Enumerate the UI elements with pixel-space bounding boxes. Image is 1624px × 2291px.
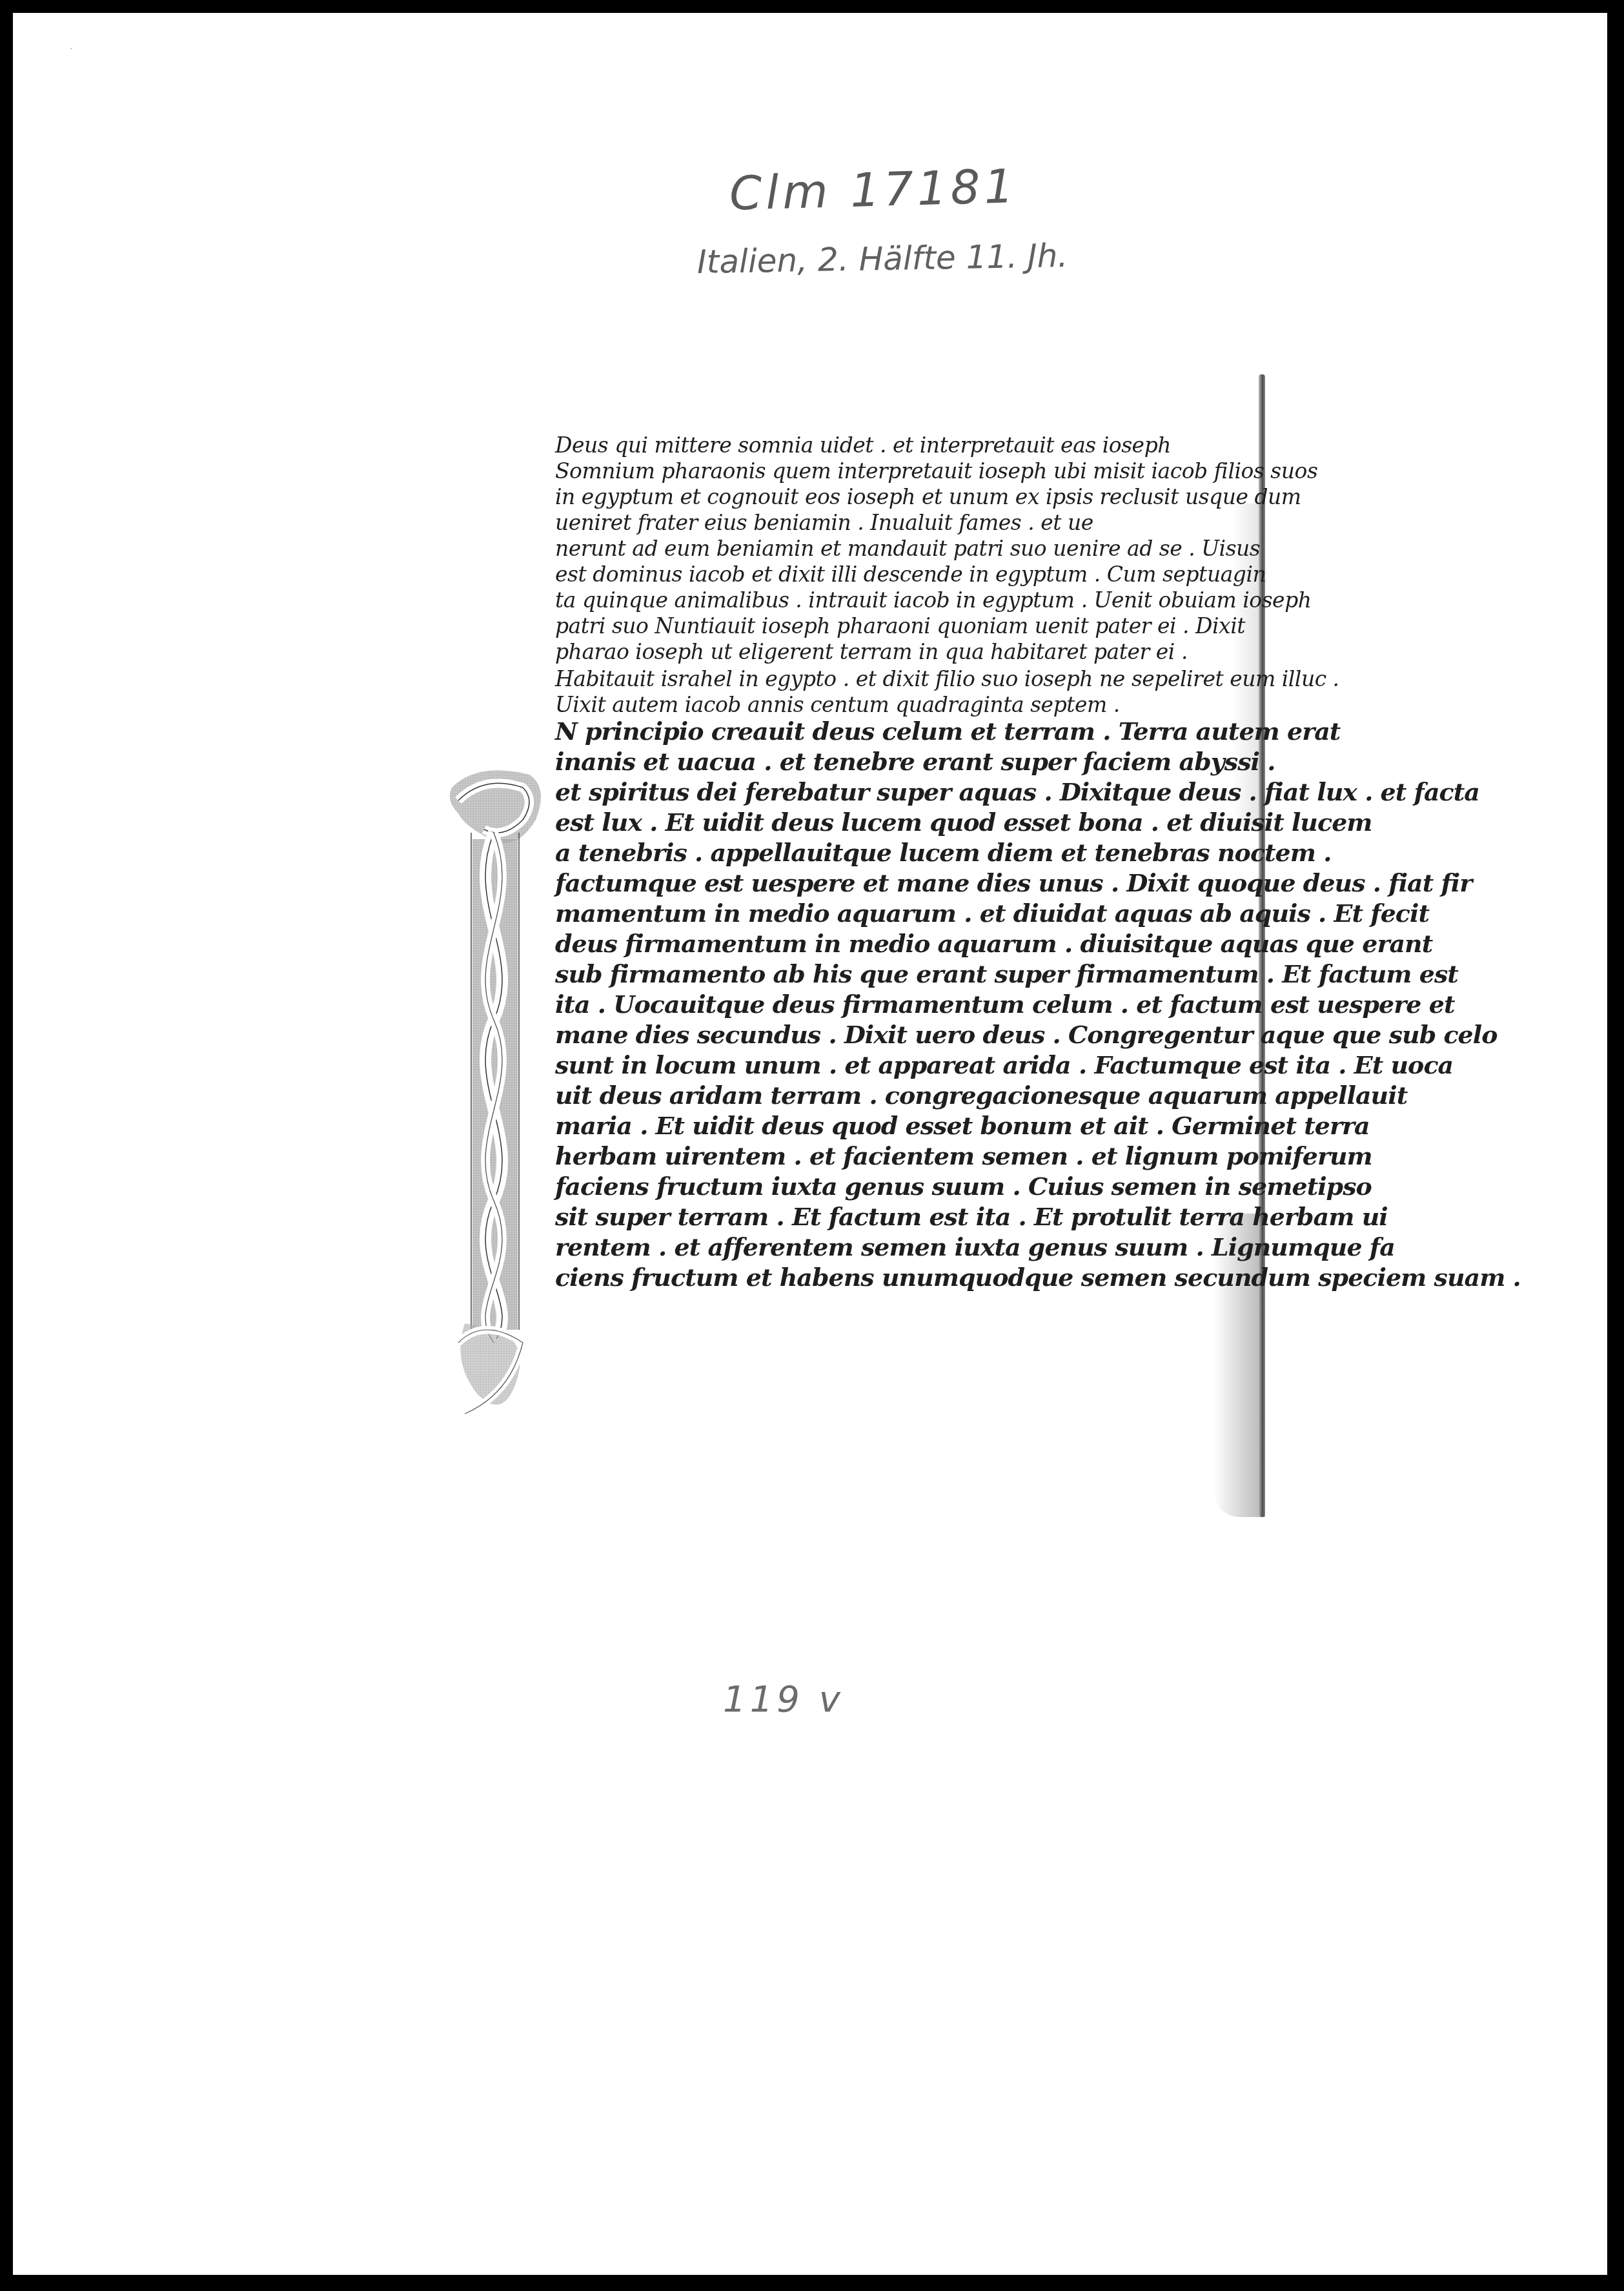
text-line: uit deus aridam terram . congregacionesq… — [555, 1081, 1407, 1110]
text-line: sunt in locum unum . et appareat arida .… — [555, 1050, 1453, 1079]
dating-note: Italien, 2. Hälfte 11. Jh. — [697, 237, 1068, 281]
text-line: mamentum in medio aquarum . et diuidat a… — [555, 899, 1429, 928]
text-line: rentem . et afferentem semen iuxta genus… — [555, 1232, 1395, 1261]
text-line: sit super terram . Et factum est ita . E… — [555, 1202, 1388, 1231]
text-line: est lux . Et uidit deus lucem quod esset… — [555, 808, 1372, 837]
text-line: faciens fructum iuxta genus suum . Cuius… — [555, 1172, 1372, 1201]
text-line: ciens fructum et habens unumquodque seme… — [555, 1263, 1521, 1292]
manuscript-leaf: Deus qui mittere somnia uidet . et inter… — [542, 374, 1272, 1523]
text-line: N principio creauit deus celum et terram… — [555, 717, 1340, 746]
capitula-line: Uixit autem iacob annis centum quadragin… — [555, 692, 1120, 717]
capitula-line: nerunt ad eum beniamin et mandauit patri… — [555, 536, 1260, 561]
capitula-line: ta quinque animalibus . intrauit iacob i… — [555, 587, 1312, 613]
text-line: maria . Et uidit deus quod esset bonum e… — [555, 1111, 1370, 1140]
capitula-line: pharao ioseph ut eligerent terram in qua… — [555, 639, 1188, 664]
text-line: herbam uirentem . et facientem semen . e… — [555, 1141, 1372, 1170]
text-line: ita . Uocauitque deus firmamentum celum … — [555, 990, 1454, 1019]
decorated-initial-icon — [439, 762, 549, 1440]
capitula-line: Somnium pharaonis quem interpretauit ios… — [555, 458, 1317, 484]
text-line: a tenebris . appellauitque lucem diem et… — [555, 838, 1331, 867]
capitula-line: ueniret frater eius beniamin . Inualuit … — [555, 510, 1093, 535]
text-line: inanis et uacua . et tenebre erant super… — [555, 747, 1275, 776]
capitula-line: Habitauit israhel in egypto . et dixit f… — [555, 666, 1339, 691]
text-line: et spiritus dei ferebatur super aquas . … — [555, 777, 1479, 806]
scan-speck: · — [70, 44, 72, 54]
text-line: factumque est uespere et mane dies unus … — [555, 868, 1472, 897]
capitula-line: patri suo Nuntiauit ioseph pharaoni quon… — [555, 613, 1245, 638]
text-line: sub firmamento ab his que erant super fi… — [555, 959, 1458, 988]
scanned-page: · Clm 17181 Italien, 2. Hälfte 11. Jh. — [13, 13, 1607, 2275]
folio-number: 119 v — [723, 1678, 844, 1720]
text-line: deus firmamentum in medio aquarum . diui… — [555, 929, 1432, 958]
text-line: mane dies secundus . Dixit uero deus . C… — [555, 1020, 1497, 1049]
shelfmark-label: Clm 17181 — [729, 159, 1018, 221]
capitula-line: Deus qui mittere somnia uidet . et inter… — [555, 433, 1171, 458]
capitula-line: in egyptum et cognouit eos ioseph et unu… — [555, 484, 1301, 509]
capitula-line: est dominus iacob et dixit illi descende… — [555, 562, 1266, 587]
